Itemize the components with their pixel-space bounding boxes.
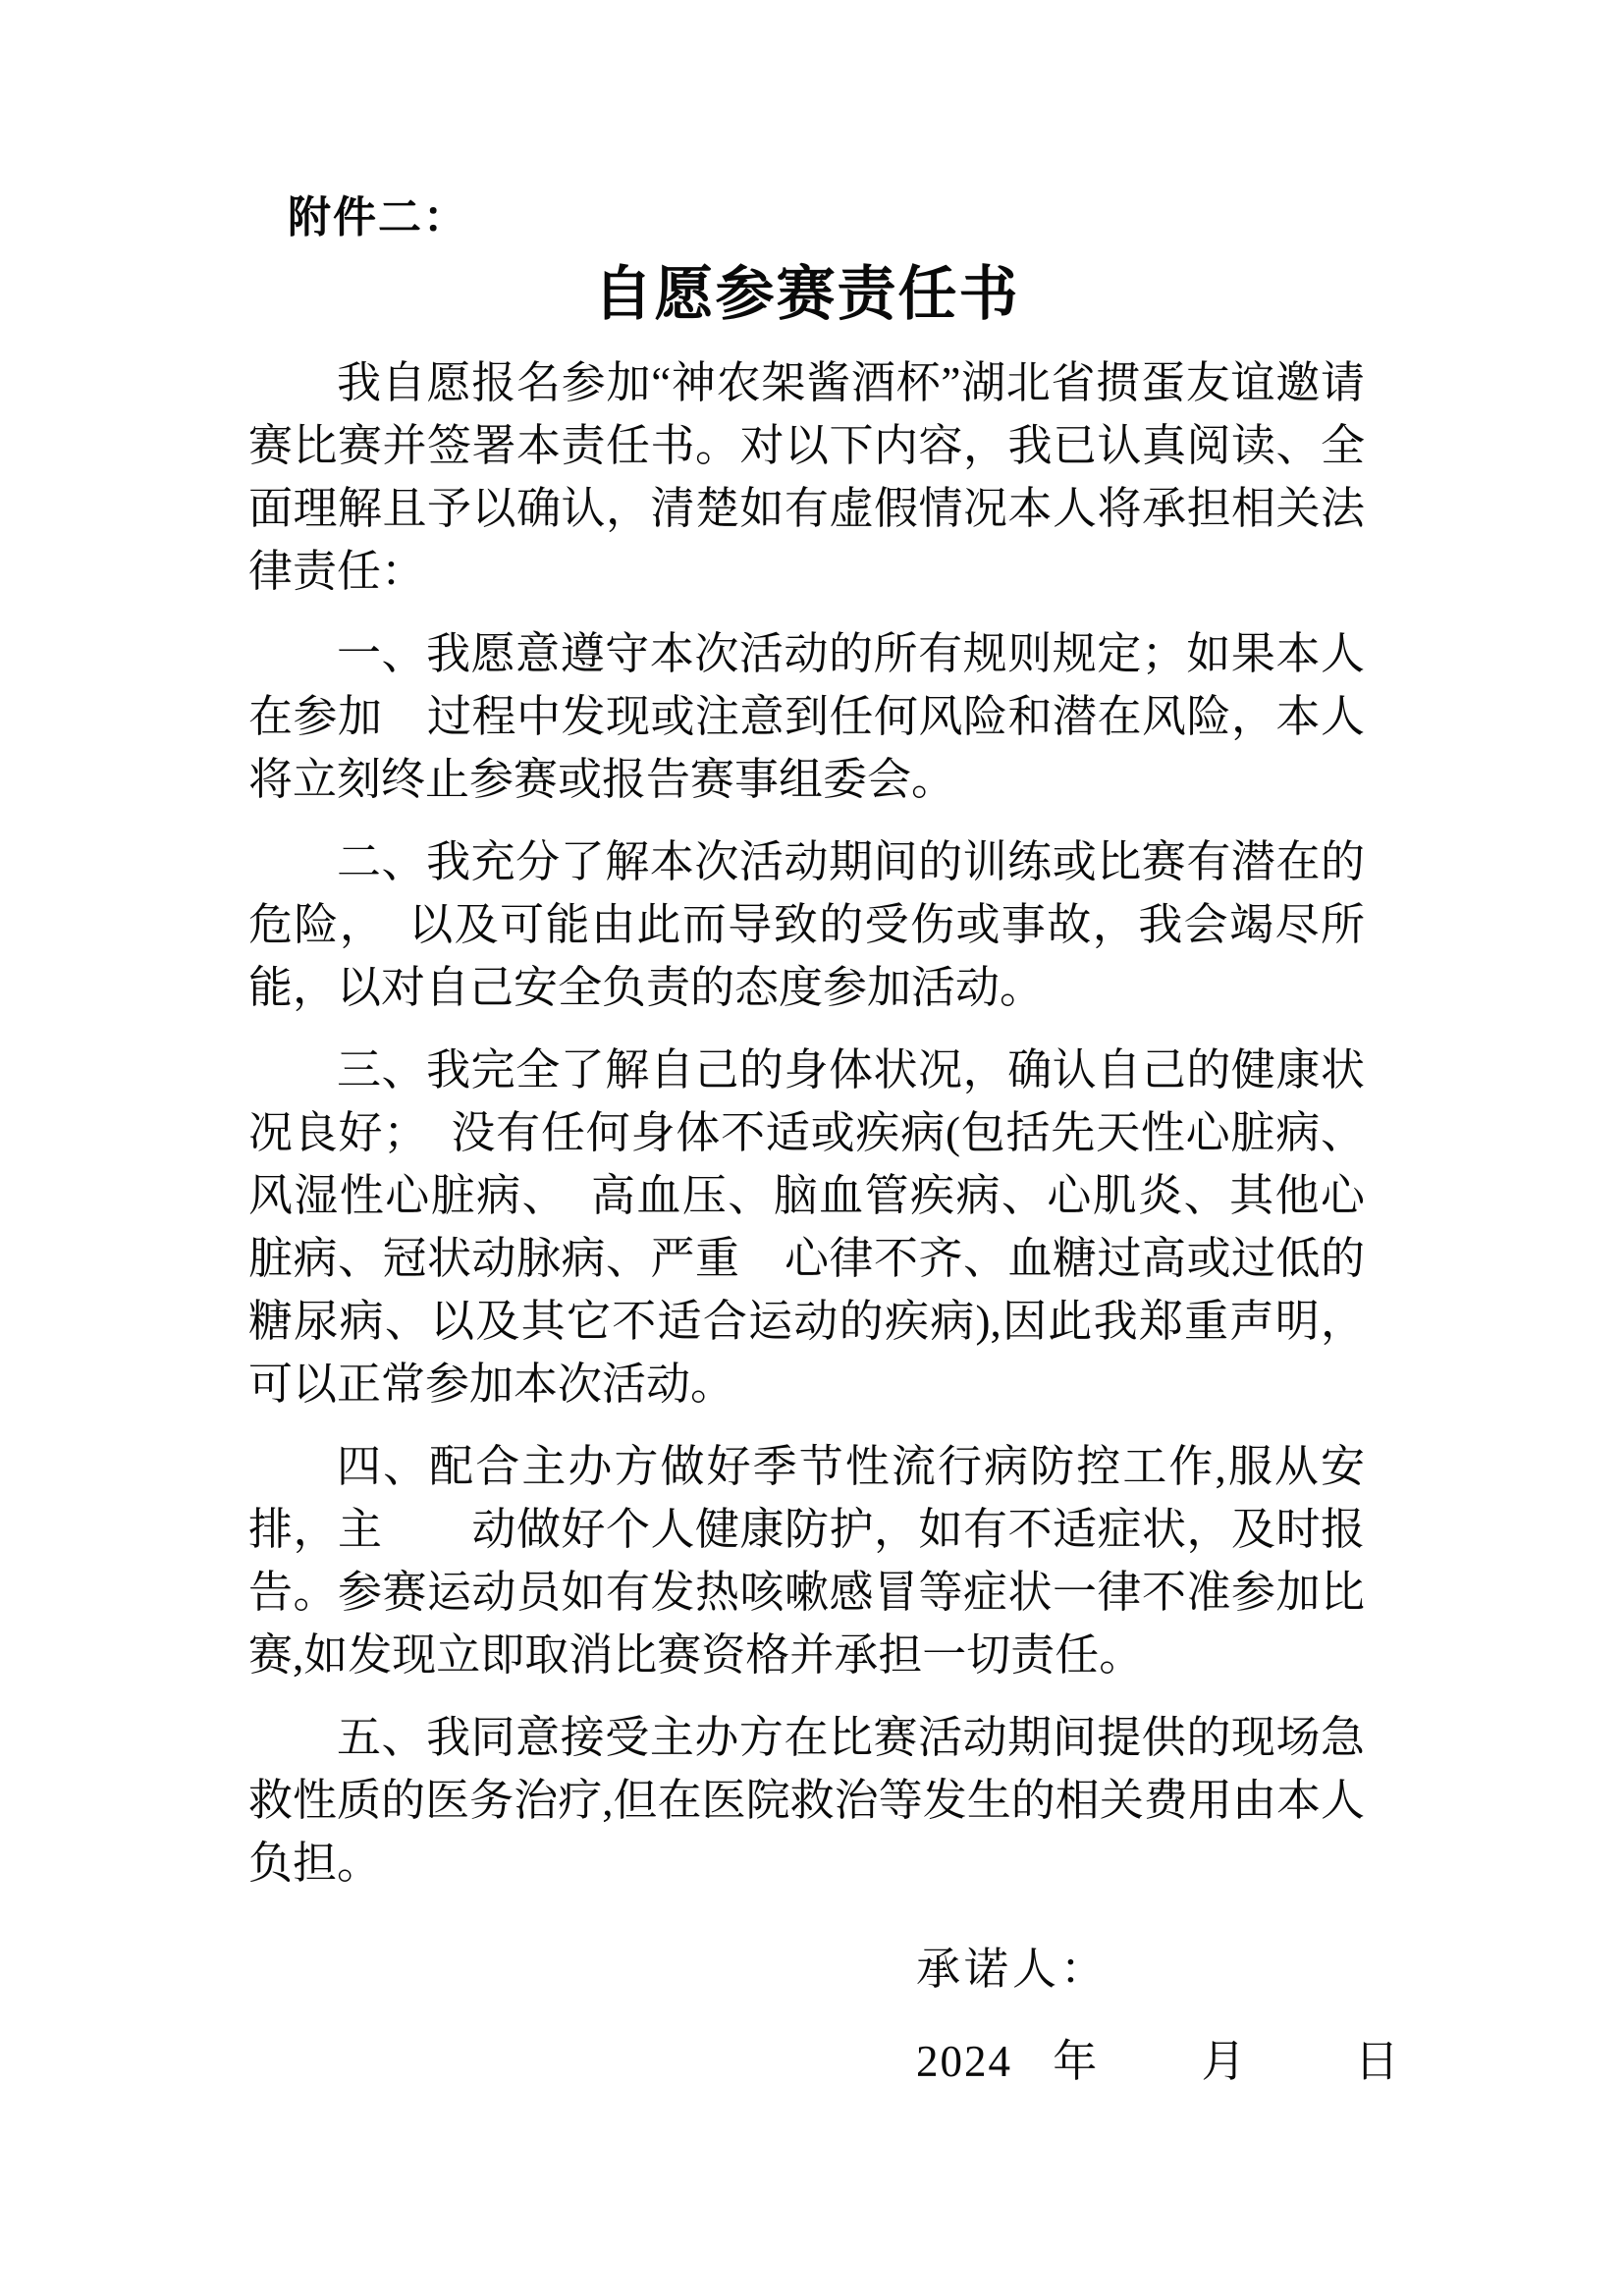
- signature-block: 承诺人： 2024 年 月 日: [248, 1938, 1365, 2093]
- paragraph: 二、我充分了解本次活动期间的训练或比赛有潜在的危险， 以及可能由此而导致的受伤或…: [248, 830, 1365, 1019]
- date-year: 2024: [916, 2037, 1012, 2086]
- promisor-label: 承诺人：: [916, 1938, 1365, 2001]
- date-year-label: 年: [1053, 2037, 1097, 2086]
- date-day-label: 日: [1355, 2037, 1399, 2086]
- paragraph: 五、我同意接受主办方在比赛活动期间提供的现场急救性质的医务治疗,但在医院救治等发…: [248, 1706, 1365, 1895]
- date-line: 2024 年 月 日: [916, 2030, 1365, 2093]
- paragraph: 我自愿报名参加“神农架酱酒杯”湖北省掼蛋友谊邀请赛比赛并签署本责任书。对以下内容…: [248, 351, 1365, 603]
- document-page: 附件二： 自愿参赛责任书 我自愿报名参加“神农架酱酒杯”湖北省掼蛋友谊邀请赛比赛…: [0, 0, 1624, 2296]
- paragraph: 三、我完全了解自己的身体状况，确认自己的健康状况良好； 没有任何身体不适或疾病(…: [248, 1039, 1365, 1415]
- document-title: 自愿参赛责任书: [248, 259, 1365, 330]
- attachment-label: 附件二：: [288, 196, 1365, 240]
- paragraph: 一、我愿意遵守本次活动的所有规则规定；如果本人在参加 过程中发现或注意到任何风险…: [248, 622, 1365, 811]
- date-month-label: 月: [1202, 2037, 1246, 2086]
- paragraph: 四、配合主办方做好季节性流行病防控工作,服从安排，主 动做好个人健康防护，如有不…: [248, 1435, 1365, 1686]
- document-body: 我自愿报名参加“神农架酱酒杯”湖北省掼蛋友谊邀请赛比赛并签署本责任书。对以下内容…: [248, 351, 1365, 1895]
